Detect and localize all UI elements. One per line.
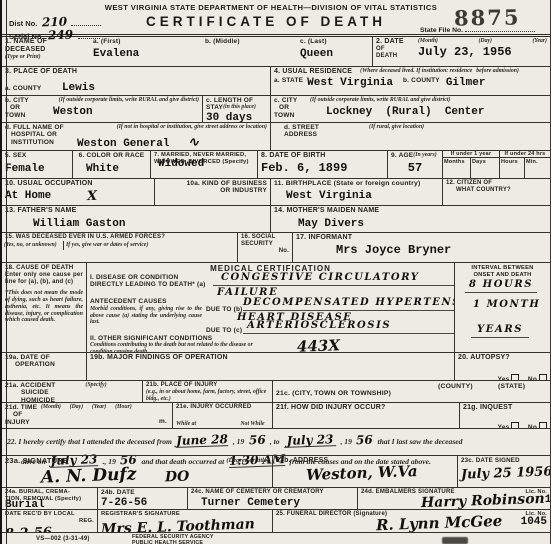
armed-forces-note-2: If yes, give war or dates of service) — [64, 241, 237, 250]
interval-header-1: INTERVAL BETWEEN — [455, 265, 550, 272]
state-file-no-field: State File No. — [420, 28, 535, 35]
res-city-label-block: c. CITY OR TOWN — [274, 97, 310, 121]
form-footer: VS—002 (3-31-49) FEDERAL SECURITY AGENCY… — [2, 532, 550, 544]
field-autopsy: 20. AUTOPSY? Yes No — [454, 353, 550, 380]
field-injury-occurred: 21e. INJURY OCCURRED While at Work Not W… — [172, 403, 272, 428]
pod-county-label: a. COUNTY — [5, 85, 41, 92]
ssn-label: 16. SOCIAL SECURITY — [241, 234, 289, 248]
dod-value-block: (Month) (Day) (Year) July 23, 1956 — [418, 38, 547, 60]
funeral-director-label: 25. FUNERAL DIRECTOR (Signature) — [276, 511, 387, 518]
field-burial-type: 24a. BURIAL, CREMA- TION, REMOVAL (Speci… — [2, 488, 97, 509]
business-label-2: OR INDUSTRY — [158, 187, 267, 194]
field-race: 6. COLOR OR RACE White — [72, 151, 150, 178]
cause-b-value: DECOMPENSATED HYPERTENSIVE — [243, 298, 454, 308]
dod-year-label: (Year) — [532, 38, 547, 45]
row-personal: 5. SEX Female 6. COLOR OR RACE White 7. … — [2, 150, 550, 178]
certify-text-2: , 19 — [233, 437, 244, 446]
interval-a-value: 8 HOURS — [465, 280, 537, 293]
injury-a-label: 21a. ACCIDENT — [5, 382, 55, 389]
residence-state-label: a. STATE — [274, 77, 303, 89]
row-place-of-death: 3. PLACE OF DEATH a. COUNTY Lewis 4. USU… — [2, 66, 550, 95]
injury-e-opt1-label: While at — [176, 421, 196, 427]
injury-d-cols: (Month) (Day) (Year) (Hour) — [41, 404, 169, 411]
medical-certification-main: MEDICAL CERTIFICATION I. DISEASE OR COND… — [86, 263, 454, 352]
certify-text-5: that I last saw the deceased — [377, 437, 462, 446]
injury-e-opt1: While at Work — [176, 412, 199, 428]
row-name: 1. NAME OF DECEASED (Type or Print) a. (… — [2, 37, 550, 66]
hospital-note: (If not in hospital or institution, give… — [77, 124, 267, 131]
row-occupation: 10. USUAL OCCUPATION At Home X 10a. KIND… — [2, 178, 550, 205]
injury-c-label: 21c. (CITY, TOWN OR TOWNSHIP) — [276, 390, 391, 397]
field-age: 9. AGE (In years) 57 — [387, 151, 442, 178]
section-medical-certification: 18. CAUSE OF DEATH Enter only one cause … — [2, 262, 550, 352]
field-marital-status: 7. MARRIED, NEVER MARRIED, WIDOWED, DIVO… — [150, 151, 257, 178]
field-sex: 5. SEX Female — [2, 151, 72, 178]
under1-months-label: Months — [443, 158, 471, 178]
cause-a-value: CONGESTIVE CIRCULATORY — [221, 273, 420, 283]
state-file-no-label: State File No. — [420, 27, 463, 34]
field-occupation: 10. USUAL OCCUPATION At Home X — [2, 179, 154, 205]
field-father-name: 13. FATHER'S NAME William Gaston — [2, 206, 270, 232]
dod-month-label: (Month) — [418, 38, 438, 45]
operation-date-label: 19a. DATE OF — [5, 354, 83, 361]
age-label-line: 9. AGE (In years) — [391, 152, 439, 159]
dod-label: 2. DATE — [376, 38, 418, 46]
dod-value: July 23, 1956 — [418, 46, 547, 59]
residence-county-label: b. COUNTY — [403, 77, 440, 89]
inquest-label: 21g. INQUEST — [463, 404, 547, 412]
injury-e-opt2-label: Not While — [240, 421, 264, 427]
residence-note-2: before admission) — [476, 68, 519, 76]
certify-hw-to-year: 56 — [356, 434, 373, 447]
field-date-received: DATE REC'D BY LOCAL REG. 8-2-56 — [2, 510, 97, 532]
birthplace-label: 11. BIRTHPLACE (State or foreign country… — [274, 180, 439, 188]
field-ssn: 16. SOCIAL SECURITY No. — [237, 233, 292, 262]
field-date-of-death: 2. DATE OF DEATH (Month) (Day) (Year) Ju… — [372, 37, 550, 66]
age-note: (In years) — [413, 152, 436, 159]
row-burial: 24a. BURIAL, CREMA- TION, REMOVAL (Speci… — [2, 487, 550, 509]
pod-city-label-or: OR — [5, 104, 39, 111]
cause-of-death-note-2: *This does not mean the mode of dying, s… — [5, 290, 83, 324]
interval-column: INTERVAL BETWEEN ONSET AND DEATH 8 HOURS… — [454, 263, 550, 352]
field-age-under-1-year: If under 1 year Months Days — [442, 151, 499, 178]
sex-label: 5. SEX — [5, 152, 69, 159]
pod-city-value-block: (If outside corporate limits, write RURA… — [39, 97, 199, 121]
injury-e-label: 21e. INJURY OCCURRED — [176, 404, 269, 411]
field-date-of-birth: 8. DATE OF BIRTH Feb. 6, 1899 — [257, 151, 387, 178]
registrar-signature-value: Mrs E. L. Toothman — [101, 517, 255, 532]
informant-value: Mrs Joyce Bryner — [336, 244, 547, 257]
age-value: 57 — [391, 162, 439, 175]
injury-a-label-2: SUICIDE — [5, 389, 55, 396]
sex-value: Female — [5, 163, 69, 175]
embalmer-signature-value: Harry Robinson — [421, 492, 545, 509]
date-received-label: DATE REC'D BY LOCAL — [5, 511, 94, 518]
hospital-label-2: HOSPITAL OR — [5, 131, 77, 138]
funeral-director-signature-value: R. Lynn McGee — [376, 514, 503, 532]
footer-inner: VS—002 (3-31-49) FEDERAL SECURITY AGENCY… — [2, 533, 550, 544]
pod-city-label-block: b. CITY OR TOWN — [5, 97, 39, 121]
burial-date-label: 24b. DATE — [101, 489, 184, 496]
first-name-label: a. (First) — [93, 38, 205, 45]
operation-date-label-2: OPERATION — [5, 361, 83, 368]
occupation-hw-x: X — [87, 190, 98, 203]
certificate-title: CERTIFICATE OF DEATH — [122, 15, 410, 29]
certify-hw-to-date: July 23 — [284, 433, 336, 448]
armed-forces-label: 15. WAS DECEASED EVER IN U.S. ARMED FORC… — [2, 233, 237, 241]
time-injury-label-block: 21d. TIME OF INJURY — [5, 404, 41, 427]
dod-label-death: DEATH — [376, 53, 418, 60]
form-header: Dist No. 210 Serial No. 249 WEST VIRGINI… — [2, 0, 550, 37]
occupation-label: 10. USUAL OCCUPATION — [5, 180, 151, 188]
injury-e-options: While at Work Not While at Work — [176, 412, 269, 428]
signature-label: 23a. SIGNATURE — [5, 457, 68, 466]
hospital-label-block: d. FULL NAME OF HOSPITAL OR INSTITUTION — [5, 124, 77, 150]
first-name-value: Evalena — [93, 48, 205, 60]
major-findings-label: 19b. MAJOR FINDINGS OF OPERATION — [90, 354, 451, 362]
due-to-c-label: DUE TO (c) — [206, 327, 242, 334]
field-how-injury-occurred: 21f. HOW DID INJURY OCCUR? — [272, 403, 459, 428]
pod-city-value: Weston — [53, 106, 199, 118]
field-age-under-24-hrs: If under 24 hrs Hours Min. — [499, 151, 550, 178]
citizen-label-2: WHAT COUNTRY? — [446, 187, 547, 194]
hospital-value-line: Weston General ∿ — [77, 133, 267, 150]
cause-a-line: CONGESTIVE CIRCULATORY — [213, 271, 454, 286]
inquest-options: Yes No — [463, 416, 547, 428]
row-certification-statement: 22. I hereby certify that I attended the… — [2, 428, 550, 455]
injury-d-label-3: INJURY — [5, 419, 41, 426]
part1-sublabel: DIRECTLY LEADING TO DEATH* (a) — [90, 281, 206, 288]
funeral-director-value-line: R. Lynn McGee 1045 — [276, 516, 547, 531]
field-kind-of-business: 10a. KIND OF BUSINESS OR INDUSTRY — [154, 179, 270, 205]
field-place-of-injury: 21b. PLACE OF INJURY (e.g., in or about … — [142, 381, 272, 402]
row-injury-defg: 21d. TIME OF INJURY (Month) (Day) (Year)… — [2, 402, 550, 428]
death-certificate-page: Dist No. 210 Serial No. 249 WEST VIRGINI… — [0, 0, 551, 544]
field-cemetery-name: 24c. NAME OF CEMETERY OR CREMATORY Turne… — [187, 488, 357, 509]
time-injury-cols-block: (Month) (Day) (Year) (Hour) m. — [41, 404, 169, 427]
occupation-value: At Home — [5, 190, 51, 203]
row-registrar: DATE REC'D BY LOCAL REG. 8-2-56 REGISTRA… — [2, 509, 550, 532]
name-last-block: c. (Last) Queen — [300, 38, 369, 65]
under24-hours-label: Hours — [500, 158, 525, 178]
field-pod-city: b. CITY OR TOWN (If outside corporate li… — [2, 96, 202, 122]
hospital-label: d. FULL NAME OF — [5, 124, 77, 131]
address-value: Weston, W.Va — [306, 464, 418, 483]
interval-header-2: ONSET AND DEATH — [455, 272, 550, 279]
field-armed-forces: 15. WAS DECEASED EVER IN U.S. ARMED FORC… — [2, 233, 237, 262]
dod-day-label: (Day) — [478, 38, 492, 45]
date-received-label-2: REG. — [5, 518, 94, 525]
dod-label-of: OF — [376, 46, 418, 53]
form-number: VS—002 (3-31-49) — [36, 536, 90, 543]
pod-city-note: (If outside corporate limits, write RURA… — [39, 97, 199, 104]
injury-e-opt2: Not While at Work — [240, 412, 269, 428]
stay-value: 30 days — [206, 112, 267, 122]
injury-a-note: (Specify) — [85, 382, 106, 401]
certify-hw-from-date: June 28 — [176, 433, 228, 448]
injury-d-m-label: m. — [159, 418, 167, 425]
row-parents: 13. FATHER'S NAME William Gaston 14. MOT… — [2, 205, 550, 232]
business-label: 10a. KIND OF BUSINESS — [158, 180, 267, 187]
residence-state-county-line: a. STATE West Virginia b. COUNTY Gilmer — [274, 77, 547, 89]
father-value: William Gaston — [33, 218, 267, 230]
res-city-label-or: OR — [274, 104, 310, 111]
hospital-label-3: INSTITUTION — [5, 139, 77, 146]
field-birthplace: 11. BIRTHPLACE (State or foreign country… — [270, 179, 442, 205]
signature-label-line: 23a. SIGNATURE (Degree or title) — [5, 457, 269, 466]
cause-c-value: ARTERIOSCLEROSIS — [247, 321, 391, 331]
row-city-town: b. CITY OR TOWN (If outside corporate li… — [2, 95, 550, 122]
burial-label: 24a. BURIAL, CREMA- — [5, 489, 94, 496]
injury-c-county-label: (COUNTY) — [438, 383, 473, 391]
pod-county-value: Lewis — [62, 82, 95, 94]
burial-date-value: 7-26-56 — [101, 497, 184, 509]
row-hospital: d. FULL NAME OF HOSPITAL OR INSTITUTION … — [2, 122, 550, 150]
row-injury-abc: 21a. ACCIDENT SUICIDE HOMICIDE (Specify)… — [2, 380, 550, 402]
field-place-of-death-county: 3. PLACE OF DEATH a. COUNTY Lewis — [2, 67, 270, 95]
autopsy-options: Yes No — [458, 368, 547, 380]
date-signed-value: July 25 1956 — [461, 466, 550, 482]
state-file-no-blank — [465, 31, 535, 32]
agency-line-2: PUBLIC HEALTH SERVICE — [132, 540, 203, 544]
stay-line2: STAY (in this place) — [206, 104, 267, 111]
signature-value-line: A. N. Dufz DO — [41, 468, 269, 486]
field-signature-address: 23b. ADDRESS Weston, W.Va — [272, 456, 457, 487]
place-of-death-label: 3. PLACE OF DEATH — [5, 68, 267, 76]
asch-label-block: 21a. ACCIDENT SUICIDE HOMICIDE — [5, 382, 55, 401]
field-mother-name: 14. MOTHER'S MAIDEN NAME May Divers — [270, 206, 550, 232]
field-citizen-of: 12. CITIZEN OF WHAT COUNTRY? — [442, 179, 550, 205]
race-value: White — [86, 163, 147, 175]
residence-county-value: Gilmer — [446, 77, 486, 89]
last-name-value: Queen — [300, 48, 369, 60]
last-name-label: c. (Last) — [300, 38, 369, 45]
residence-note: (Where deceased lived. If institution: r… — [360, 68, 472, 76]
name-label-2: DECEASED — [5, 46, 93, 54]
cemetery-label: 24c. NAME OF CEMETERY OR CREMATORY — [191, 489, 354, 496]
field-registrar-signature: REGISTRAR'S SIGNATURE Mrs E. L. Toothman — [97, 510, 272, 532]
injury-d-label-2: OF — [5, 411, 41, 418]
citizen-label: 12. CITIZEN OF — [446, 180, 547, 187]
date-signed-label: 23c. DATE SIGNED — [461, 457, 547, 464]
injury-c-state-label: (STATE) — [498, 383, 525, 391]
embalmer-lic-value: 1272 — [545, 494, 550, 508]
mother-label: 14. MOTHER'S MAIDEN NAME — [274, 207, 547, 215]
interval-b-value: 1 MONTH — [473, 300, 540, 310]
field-length-of-stay: c. LENGTH OF STAY (in this place) 30 day… — [202, 96, 270, 122]
street-note: (If rural, give location) — [369, 124, 424, 139]
field-date-of-operation: 19a. DATE OF OPERATION — [2, 353, 86, 380]
autopsy-label: 20. AUTOPSY? — [458, 354, 547, 362]
birthplace-value: West Virginia — [286, 190, 439, 202]
field-major-findings: 19b. MAJOR FINDINGS OF OPERATION — [86, 353, 454, 380]
certify-text-3: , to — [270, 437, 280, 446]
occupation-value-line: At Home X — [5, 190, 151, 203]
injury-b-label: 21b. PLACE OF INJURY — [146, 382, 269, 389]
under24-cols: Hours Min. — [500, 158, 550, 178]
field-informant: 17. INFORMANT Mrs Joyce Bryner — [292, 233, 550, 262]
name-sublabel: (Type or Print) — [5, 54, 93, 61]
middle-name-label: b. (Middle) — [205, 38, 300, 45]
signature-degree-value: DO — [165, 469, 190, 484]
field-signature: 23a. SIGNATURE (Degree or title) A. N. D… — [2, 456, 272, 487]
res-city-label: c. CITY — [274, 97, 310, 104]
hospital-hw-mark: ∿ — [188, 135, 199, 148]
field-residence-city: c. CITY OR TOWN (If outside corporate li… — [270, 96, 550, 122]
field-name-of-deceased: 1. NAME OF DECEASED (Type or Print) a. (… — [2, 37, 372, 66]
antecedent-note: Morbid conditions, if any, giving rise t… — [90, 306, 202, 326]
street-label-2: ADDRESS — [284, 131, 319, 138]
dod-label-block: 2. DATE OF DEATH — [376, 38, 418, 60]
certify-hw-from-year: 56 — [248, 434, 265, 447]
dod-inner: 2. DATE OF DEATH (Month) (Day) (Year) Ju… — [376, 38, 547, 60]
pod-city-label-town: TOWN — [5, 112, 39, 119]
signature-value: A. N. Dufz — [41, 466, 137, 486]
field-funeral-director: 25. FUNERAL DIRECTOR (Signature) Lic. No… — [272, 510, 550, 532]
cause-b-line: DECOMPENSATED HYPERTENSIVE — [243, 296, 454, 311]
row-service-informant: 15. WAS DECEASED EVER IN U.S. ARMED FORC… — [2, 232, 550, 262]
pod-city-label: b. CITY — [5, 97, 39, 104]
part2-note: Conditions contributing to the death but… — [90, 342, 268, 352]
dod-cols: (Month) (Day) (Year) — [418, 38, 547, 45]
street-label: d. STREET — [284, 124, 319, 131]
residence-state-value: West Virginia — [307, 77, 393, 89]
under24-label: If under 24 hrs — [500, 151, 550, 158]
field-accident-suicide-homicide: 21a. ACCIDENT SUICIDE HOMICIDE (Specify) — [2, 381, 142, 402]
armed-forces-cols: (Yes, no, or unknown) If yes, give war o… — [2, 241, 237, 250]
residence-header-line: 4. USUAL RESIDENCE (Where deceased lived… — [274, 68, 547, 76]
informant-label: 17. INFORMANT — [296, 234, 547, 242]
field-street-address: d. STREET ADDRESS (If rural, give locati… — [270, 123, 550, 150]
field-time-of-injury: 21d. TIME OF INJURY (Month) (Day) (Year)… — [2, 403, 172, 428]
stay-label-2: STAY — [206, 104, 223, 111]
injury-f-label: 21f. HOW DID INJURY OCCUR? — [276, 404, 456, 412]
name-label-block: 1. NAME OF DECEASED (Type or Print) — [5, 38, 93, 65]
field-injury-location: 21c. (CITY, TOWN OR TOWNSHIP) (COUNTY) (… — [272, 381, 550, 402]
res-city-value: Lockney (Rural) Center — [326, 106, 547, 118]
pod-county-line: a. COUNTY Lewis — [5, 77, 267, 95]
field-hospital: d. FULL NAME OF HOSPITAL OR INSTITUTION … — [2, 123, 270, 150]
stay-note: (in this place) — [223, 104, 256, 111]
department-title: WEST VIRGINIA STATE DEPARTMENT OF HEALTH… — [72, 4, 470, 12]
embalmer-value-line: Harry Robinson 1272 — [361, 494, 547, 508]
race-label: 6. COLOR OR RACE — [76, 152, 147, 159]
certify-text-4: , 19 — [340, 437, 351, 446]
dob-label: 8. DATE OF BIRTH — [261, 152, 384, 160]
cause-of-death-sidebar: 18. CAUSE OF DEATH Enter only one cause … — [2, 263, 86, 352]
under1-days-label: Days — [471, 158, 499, 178]
cause-of-death-note-1: Enter only one cause per line for (a), (… — [5, 272, 83, 286]
name-label: 1. NAME OF — [5, 38, 93, 46]
ssn-no-label: No. — [241, 248, 289, 255]
father-label: 13. FATHER'S NAME — [5, 207, 267, 215]
certify-line-1: 22. I hereby certify that I attended the… — [7, 431, 545, 449]
cause-c-line: ARTERIOSCLEROSIS — [243, 319, 454, 334]
degree-title-label: (Degree or title) — [226, 457, 269, 466]
hospital-value-block: (If not in hospital or institution, give… — [77, 124, 267, 150]
res-city-value-block: (If outside corporate limits, write RURA… — [310, 97, 547, 121]
age-label: 9. AGE — [391, 152, 413, 159]
field-burial-date: 24b. DATE 7-26-56 — [97, 488, 187, 509]
under24-min-label: Min. — [525, 158, 550, 178]
field-inquest: 21g. INQUEST Yes No — [459, 403, 550, 428]
name-middle-block: b. (Middle) — [205, 38, 300, 65]
field-embalmer-signature: 24d. EMBALMERS SIGNATURE Lic. No. Harry … — [357, 488, 550, 509]
street-inner: d. STREET ADDRESS (If rural, give locati… — [284, 124, 547, 139]
dob-value: Feb. 6, 1899 — [261, 162, 384, 175]
under1-label: If under 1 year — [443, 151, 499, 158]
certify-text-1: 22. I hereby certify that I attended the… — [7, 437, 172, 446]
injury-d-label: 21d. TIME — [5, 404, 41, 411]
armed-forces-note-1: (Yes, no, or unknown) — [2, 241, 64, 250]
antecedent-label: ANTECEDENT CAUSES — [90, 298, 167, 305]
injury-b-note: (e.g., in or about home, farm, factory, … — [146, 389, 269, 402]
row-physician-signature: 23a. SIGNATURE (Degree or title) A. N. D… — [2, 455, 550, 487]
residence-label: 4. USUAL RESIDENCE — [274, 68, 352, 76]
other-conditions-value: 443X — [297, 338, 340, 352]
field-date-signed: 23c. DATE SIGNED July 25 1956 — [457, 456, 550, 487]
funeral-director-lic-value: 1045 — [521, 516, 547, 531]
under1-cols: Months Days — [443, 158, 499, 178]
ink-smudge — [442, 537, 468, 544]
street-label-block: d. STREET ADDRESS — [284, 124, 319, 139]
interval-c-value: YEARS — [471, 325, 529, 338]
hospital-value: Weston General — [77, 138, 169, 150]
cause-of-death-label: 18. CAUSE OF DEATH — [5, 264, 83, 271]
cemetery-value: Turner Cemetery — [201, 497, 354, 509]
res-city-label-town: TOWN — [274, 112, 310, 119]
name-first-block: a. (First) Evalena — [93, 38, 205, 65]
file-number-stamp: 8875 — [454, 6, 521, 28]
row-operation: 19a. DATE OF OPERATION 19b. MAJOR FINDIN… — [2, 352, 550, 380]
mother-value: May Divers — [298, 218, 547, 230]
hospital-inner: d. FULL NAME OF HOSPITAL OR INSTITUTION … — [5, 124, 267, 150]
field-usual-residence: 4. USUAL RESIDENCE (Where deceased lived… — [270, 67, 550, 95]
res-city-note: (If outside corporate limits, write RURA… — [310, 97, 547, 104]
